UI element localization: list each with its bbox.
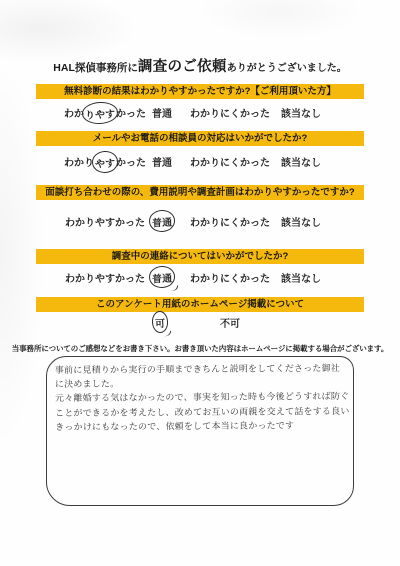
page-title: HAL探偵事務所に調査のご依頼ありがとうございました。 <box>0 55 400 76</box>
option-label: 普通 <box>152 105 172 120</box>
handwritten-line: ことができるかを考えたし、改めてお互いの両親を交えて話をする良い <box>55 404 349 420</box>
handwritten-line: きっかけにもなったので、依頼をして本当に良かったです <box>55 418 349 434</box>
handwritten-comment: 事前に見積りから実行の手順まできちんと説明をしてくださった御社 に決めました。 … <box>55 361 349 434</box>
question-options-cost-explanation: わかりやすかった 普通 わかりにくかった 該当なし <box>0 213 400 229</box>
comment-instruction: 当事務所についてのご感想などをお書き下さい。お書き頂いた内容はホームページに掲載… <box>0 343 400 354</box>
handdrawn-circle: 普通 <box>148 265 175 288</box>
option-selected: わかりやすかった <box>64 154 146 169</box>
option-selected: わかりやすかった <box>64 105 146 120</box>
title-emphasis: 調査のご依頼 <box>138 59 227 75</box>
option-label: わかりにくかった <box>190 214 270 229</box>
question-banner-homepage-publication: このアンケート用紙のホームページ掲載について <box>36 297 364 312</box>
title-prefix: HAL探偵事務所に <box>53 62 138 74</box>
handwritten-line: 事前に見積りから実行の手順まできちんと説明をしてくださった御社 <box>55 361 349 377</box>
option-selected: 普通 <box>151 270 173 285</box>
option-label: わかりにくかった <box>190 154 270 169</box>
option-label: 該当なし <box>281 214 321 229</box>
question-banner-contact-during-investigation: 調査中の連絡についてはいかがでしたか? <box>36 249 364 264</box>
option-label: 不可 <box>220 315 240 330</box>
question-options-contact-during-investigation: わかりやすかった 普通 わかりにくかった 該当なし <box>0 269 400 285</box>
handdrawn-circle: 普通 <box>148 209 175 232</box>
option-selected: 普通 <box>151 214 173 229</box>
handdrawn-circle: 可 <box>151 311 168 333</box>
comment-box: 事前に見積りから実行の手順まできちんと説明をしてくださった御社 に決めました。 … <box>46 356 354 506</box>
scanned-survey-page: HAL探偵事務所に調査のご依頼ありがとうございました。 無料診断の結果はわかりや… <box>0 0 400 566</box>
option-label: 該当なし <box>281 105 321 120</box>
option-label: 普通 <box>152 154 172 169</box>
option-label: 該当なし <box>281 270 321 285</box>
option-label: わかりやすかった <box>65 270 145 285</box>
question-banner-mail-phone-response: メールやお電話の相談員の対応はいかがでしたか? <box>36 131 364 146</box>
question-banner-cost-explanation: 面談打ち合わせの際の、費用説明や調査計画はわかりやすかったですか? <box>36 185 364 200</box>
question-banner-free-diagnosis: 無料診断の結果はわかりやすかったですか?【ご利用頂いた方】 <box>36 84 364 99</box>
option-text-after: かった <box>116 109 146 120</box>
option-text-after: かった <box>116 158 146 169</box>
question-options-mail-phone-response: わかりやすかった 普通 わかりにくかった 該当なし <box>0 153 400 169</box>
option-text-before: わかり <box>64 158 94 169</box>
option-label: わかりにくかった <box>190 270 270 285</box>
question-options-free-diagnosis: わかりやすかった 普通 わかりにくかった 該当なし <box>0 104 400 120</box>
option-label: わかりやすかった <box>65 214 145 229</box>
option-label: わかりにくかった <box>190 105 270 120</box>
option-label: 該当なし <box>281 154 321 169</box>
title-suffix: ありがとうございました。 <box>227 63 347 74</box>
handdrawn-circle: やす <box>91 150 118 173</box>
option-selected: 可 <box>154 315 166 330</box>
option-text-before: わか <box>64 109 84 120</box>
handwritten-line: 元々離婚する気はなかったので、事実を知った時も今後どうすれば防ぐ <box>55 389 349 405</box>
handdrawn-circle: りやす <box>81 101 118 124</box>
question-options-homepage-publication: 可 不可 <box>0 314 400 330</box>
